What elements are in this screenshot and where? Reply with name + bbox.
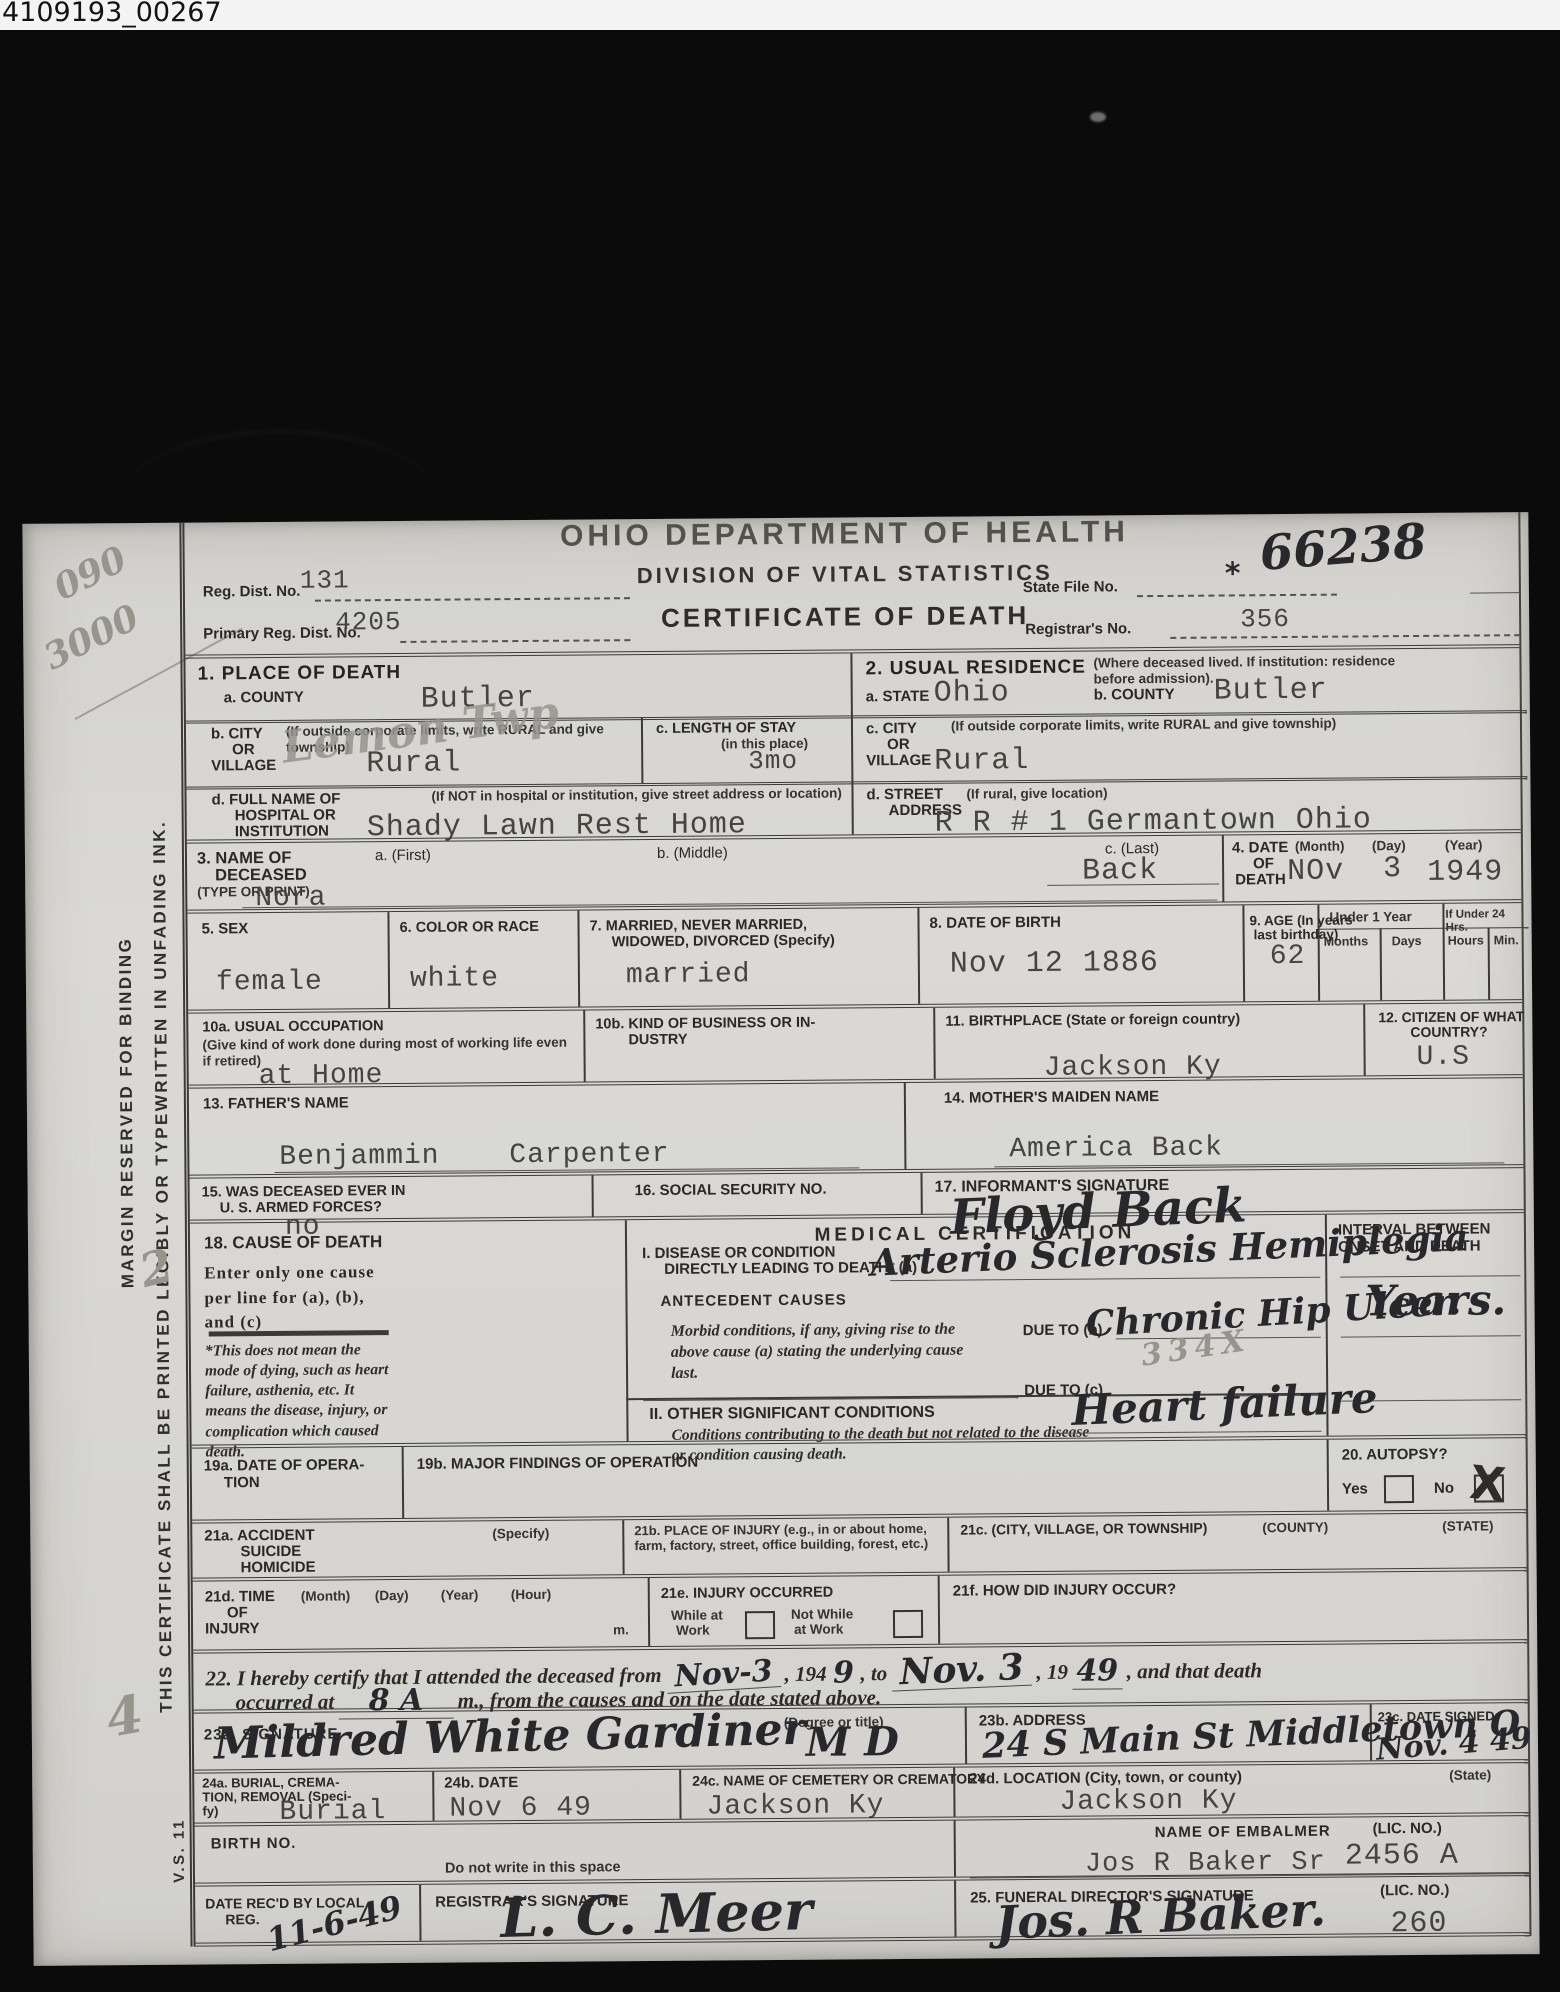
divider	[583, 1011, 586, 1082]
interval-value: Years.	[1365, 1279, 1506, 1322]
divider	[954, 1881, 956, 1937]
divider	[641, 717, 644, 783]
residence-county-label: b. COUNTY	[1094, 687, 1175, 704]
operation-date-label: 19a. DATE OF OPERA-	[204, 1457, 365, 1475]
embalmer-label: NAME OF EMBALMER	[1155, 1824, 1331, 1842]
burial-location-state-label: (State)	[1449, 1767, 1491, 1783]
while-at-work-label-2: Work	[676, 1623, 710, 1639]
registrar-signature: L. C. Meer	[500, 1883, 813, 1945]
director-lic-label: (LIC. NO.)	[1380, 1883, 1449, 1900]
death-year-label: (Year)	[1445, 837, 1483, 853]
father-first-value: Benjammin	[279, 1143, 439, 1172]
under1-label: Under 1 Year	[1329, 909, 1411, 925]
pencil-note-090: 090	[49, 541, 132, 607]
row-parents: 13. FATHER'S NAME Benjammin Carpenter 14…	[189, 1074, 1524, 1174]
scan-id-bar: 4109193_00267	[0, 0, 1560, 30]
state-file-label: State File No.	[1023, 579, 1118, 597]
residence-state-value: Ohio	[934, 678, 1010, 709]
residence-city-value: Rural	[934, 746, 1029, 777]
divider	[577, 911, 580, 1007]
under24-label: If Under 24 Hrs.	[1445, 908, 1521, 935]
race-value: white	[410, 965, 499, 994]
certify-year2-hand: 49	[1072, 1653, 1122, 1689]
divider	[591, 1175, 593, 1216]
birth-no-label: BIRTH NO.	[211, 1836, 297, 1853]
cause-instruction-1: Enter only one cause per line for (a), (…	[204, 1260, 390, 1335]
divider	[432, 1772, 434, 1821]
father-label: 13. FATHER'S NAME	[203, 1095, 349, 1113]
divider	[648, 1578, 651, 1646]
row-operation-autopsy: 19a. DATE OF OPERA- TION 19b. MAJOR FIND…	[192, 1434, 1527, 1519]
department-title: OHIO DEPARTMENT OF HEALTH	[514, 515, 1174, 554]
divider	[938, 1576, 941, 1644]
margin-ink-text: THIS CERTIFICATE SHALL BE PRINTED LEGIBL…	[148, 583, 177, 1713]
injury-month-label: (Month)	[301, 1588, 351, 1604]
injury-city-label: 21c. (CITY, VILLAGE, OR TOWNSHIP)	[960, 1521, 1207, 1539]
primary-reg-value: 4205	[335, 609, 402, 636]
registrar-no-value: 356	[1240, 606, 1290, 632]
registrar-no-label: Registrar's No.	[1025, 621, 1131, 639]
divider	[1327, 1440, 1330, 1511]
divider	[419, 1885, 421, 1941]
state-file-line	[1137, 594, 1337, 598]
divider	[954, 1821, 956, 1877]
how-injury-label: 21f. HOW DID INJURY OCCUR?	[953, 1582, 1176, 1601]
citizen-value: U.S	[1416, 1044, 1470, 1072]
injury-hour-label: (Hour)	[511, 1587, 552, 1603]
autopsy-no-xmark: X	[1468, 1459, 1508, 1508]
row-occupation: 10a. USUAL OCCUPATION (Give kind of work…	[188, 999, 1523, 1084]
death-day-value: 3	[1383, 854, 1402, 884]
director-lic-value: 260	[1390, 1909, 1447, 1939]
no-write-note: Do not write in this space	[445, 1859, 621, 1877]
sex-label: 5. SEX	[201, 921, 248, 938]
injury-year-label: (Year)	[441, 1587, 479, 1603]
injury-county-label: (COUNTY)	[1262, 1520, 1328, 1536]
divider	[917, 908, 920, 1004]
pencil-note-3000: 3000	[38, 599, 144, 676]
sex-value: female	[216, 969, 323, 998]
antecedent-label: ANTECEDENT CAUSES	[660, 1292, 846, 1310]
while-at-work-checkbox	[745, 1611, 775, 1639]
business-label: 10b. KIND OF BUSINESS OR IN-	[595, 1015, 815, 1033]
not-while-at-work-label: Not While	[791, 1606, 853, 1622]
row-place-residence: 1. PLACE OF DEATH a. COUNTY Butler b. CI…	[185, 644, 1520, 839]
operation-date-label-2: TION	[224, 1475, 260, 1492]
marital-label-2: WIDOWED, DIVORCED (Specify)	[612, 933, 835, 951]
divider	[920, 1173, 922, 1214]
divider	[1488, 927, 1491, 999]
divider	[1363, 1004, 1366, 1075]
place-of-injury-label: 21b. PLACE OF INJURY (e.g., in or about …	[634, 1522, 934, 1554]
embalmer-lic-label: (LIC. NO.)	[1373, 1821, 1442, 1838]
divider	[1222, 836, 1225, 902]
margin-form-number: V.S. 11	[170, 1803, 188, 1883]
middle-name-label: b. (Middle)	[657, 845, 728, 862]
armed-forces-value: no	[285, 1214, 321, 1242]
divider	[947, 1518, 949, 1572]
scan-id-text: 4109193_00267	[2, 0, 222, 28]
dob-label: 8. DATE OF BIRTH	[929, 915, 1061, 933]
mother-value: America Back	[1009, 1135, 1223, 1165]
stay-label: c. LENGTH OF STAY	[656, 720, 796, 737]
residence-city-note: (If outside corporate limits, write RURA…	[951, 715, 1471, 735]
row-certify: 22. I hereby certify that I attended the…	[193, 1639, 1527, 1709]
row-injury-type: 21a. ACCIDENT SUICIDE HOMICIDE (Specify)…	[192, 1509, 1526, 1577]
autopsy-yes-checkbox	[1384, 1475, 1414, 1503]
funeral-director-signature: Jos. R Baker.	[994, 1886, 1326, 1946]
inst-note: (If NOT in hospital or institution, give…	[431, 785, 861, 804]
date-recd-label-2: REG.	[225, 1912, 259, 1928]
days-label: Days	[1392, 934, 1422, 949]
divider	[933, 1008, 936, 1079]
rule	[209, 1330, 389, 1336]
row-injury-time: 21d. TIME OF INJURY (Month) (Day) (Year)…	[193, 1567, 1528, 1649]
race-label: 6. COLOR OR RACE	[399, 919, 538, 936]
death-date-title-3: DEATH	[1235, 872, 1286, 889]
certificate-paper: MARGIN RESERVED FOR BINDING THIS CERTIFI…	[22, 512, 1539, 1966]
degree-value: M D	[806, 1722, 899, 1763]
death-year-value: 1949	[1427, 857, 1503, 888]
place-of-death-title: 1. PLACE OF DEATH	[197, 663, 401, 685]
injury-m-label: m.	[613, 1622, 629, 1638]
row-name-date: 3. NAME OF DECEASED (TYPE OR PRINT) a. (…	[187, 829, 1522, 909]
hours-label: Hours	[1448, 933, 1484, 948]
injury-occurred-label: 21e. INJURY OCCURRED	[661, 1585, 834, 1603]
pencil-note-4: 4	[102, 1688, 147, 1746]
while-at-work-label: While at	[671, 1607, 723, 1623]
state-file-line-end	[1470, 592, 1520, 593]
form-header: OHIO DEPARTMENT OF HEALTH DIVISION OF VI…	[184, 512, 1519, 654]
months-label: Months	[1324, 934, 1369, 949]
residence-city-label-3: VILLAGE	[866, 753, 931, 770]
injury-state-label: (STATE)	[1442, 1518, 1493, 1534]
interval-rule-b	[1341, 1335, 1521, 1337]
death-month-label: (Month)	[1295, 839, 1345, 855]
divider	[679, 1770, 681, 1819]
physician-signature: Mildred White Gardiner	[213, 1708, 806, 1767]
birthplace-label: 11. BIRTHPLACE (State or foreign country…	[945, 1011, 1240, 1030]
divider	[850, 653, 853, 834]
morbid-note: Morbid conditions, if any, giving rise t…	[671, 1319, 991, 1384]
dob-value: Nov 12 1886	[950, 948, 1159, 980]
first-name-label: a. (First)	[375, 848, 431, 865]
residence-county-value: Butler	[1214, 676, 1328, 707]
ssn-label: 16. SOCIAL SECURITY NO.	[635, 1182, 827, 1200]
divider	[625, 1220, 629, 1441]
accident-specify-note: (Specify)	[492, 1526, 549, 1542]
scan-scratch-mark	[120, 430, 440, 503]
last-name-value: Back	[1082, 856, 1158, 887]
business-label-2: DUSTRY	[628, 1032, 687, 1049]
registrar-no-line	[1170, 634, 1520, 639]
divider	[387, 912, 390, 1008]
marital-value: married	[626, 961, 751, 990]
reg-dist-value: 131	[300, 567, 350, 593]
marital-label: 7. MARRIED, NEVER MARRIED,	[589, 917, 807, 935]
margin-binding-text: MARGIN RESERVED FOR BINDING	[115, 818, 139, 1288]
not-while-at-work-label-2: at Work	[794, 1622, 843, 1638]
scan-speck	[1090, 112, 1106, 122]
not-while-at-work-checkbox	[893, 1610, 923, 1638]
certify-to-value: Nov. 3	[891, 1649, 1033, 1692]
burial-date-label: 24b. DATE	[444, 1775, 518, 1792]
occupation-label: 10a. USUAL OCCUPATION	[202, 1018, 383, 1036]
min-label: Min.	[1494, 933, 1519, 948]
injury-day-label: (Day)	[375, 1588, 409, 1604]
certify-year1-hand: 9	[831, 1655, 856, 1690]
armed-forces-label: 15. WAS DECEASED EVER IN	[202, 1183, 406, 1201]
divider	[1242, 905, 1245, 1001]
certificate-form: OHIO DEPARTMENT OF HEALTH DIVISION OF VI…	[179, 512, 1531, 1946]
father-last-value: Carpenter	[509, 1141, 669, 1170]
other-conditions-label: II. OTHER SIGNIFICANT CONDITIONS	[649, 1404, 934, 1424]
scanned-page: 4109193_00267 MARGIN RESERVED FOR BINDIN…	[0, 0, 1560, 1992]
certify-from-value: Nov-3	[665, 1656, 781, 1694]
autopsy-yes-label: Yes	[1342, 1481, 1368, 1498]
reg-dist-line	[315, 597, 630, 601]
state-file-value: 66238	[1258, 517, 1428, 578]
age-value: 62	[1270, 943, 1306, 971]
cemetery-label: 24c. NAME OF CEMETERY OR CREMATORY	[692, 1771, 986, 1789]
place-county-label: a. COUNTY	[224, 690, 304, 707]
death-month-value: NOv	[1287, 857, 1344, 887]
autopsy-label: 20. AUTOPSY?	[1342, 1447, 1448, 1465]
row-demographics: 5. SEX female 6. COLOR OR RACE white 7. …	[187, 899, 1522, 1009]
burial-label-3: fy)	[202, 1804, 218, 1819]
accident-label-3: HOMICIDE	[241, 1560, 316, 1577]
residence-state-label: a. STATE	[866, 689, 930, 706]
autopsy-no-label: No	[1434, 1481, 1454, 1498]
time-of-injury-label-3: INJURY	[205, 1621, 260, 1638]
reg-dist-label: Reg. Dist. No.	[203, 584, 301, 602]
other-conditions-value: Heart failure	[1071, 1377, 1379, 1432]
row-registrar: DATE REC'D BY LOCAL REG. 11-6-49 REGISTR…	[195, 1872, 1529, 1946]
stay-value: 3mo	[748, 748, 798, 774]
place-city-label-3: VILLAGE	[211, 758, 276, 775]
mother-label: 14. MOTHER'S MAIDEN NAME	[944, 1089, 1159, 1107]
divider	[1380, 928, 1383, 1000]
citizen-label-2: COUNTRY?	[1410, 1024, 1487, 1040]
embalmer-lic-value: 2456 A	[1345, 1841, 1459, 1872]
divider	[904, 1083, 907, 1169]
row-embalmer: BIRTH NO. Do not write in this space NAM…	[195, 1812, 1529, 1882]
street-note: (If rural, give location)	[966, 785, 1107, 802]
burial-location-value: Jackson Ky	[1059, 1787, 1237, 1816]
divider	[965, 1708, 967, 1764]
primary-reg-line	[400, 639, 630, 643]
divider	[622, 1520, 624, 1574]
divider	[402, 1447, 405, 1518]
operation-findings-label: 19b. MAJOR FINDINGS OF OPERATION	[417, 1455, 699, 1474]
state-file-mark: *	[1225, 556, 1241, 591]
row-cause-of-death: 18. CAUSE OF DEATH Enter only one cause …	[190, 1209, 1526, 1444]
